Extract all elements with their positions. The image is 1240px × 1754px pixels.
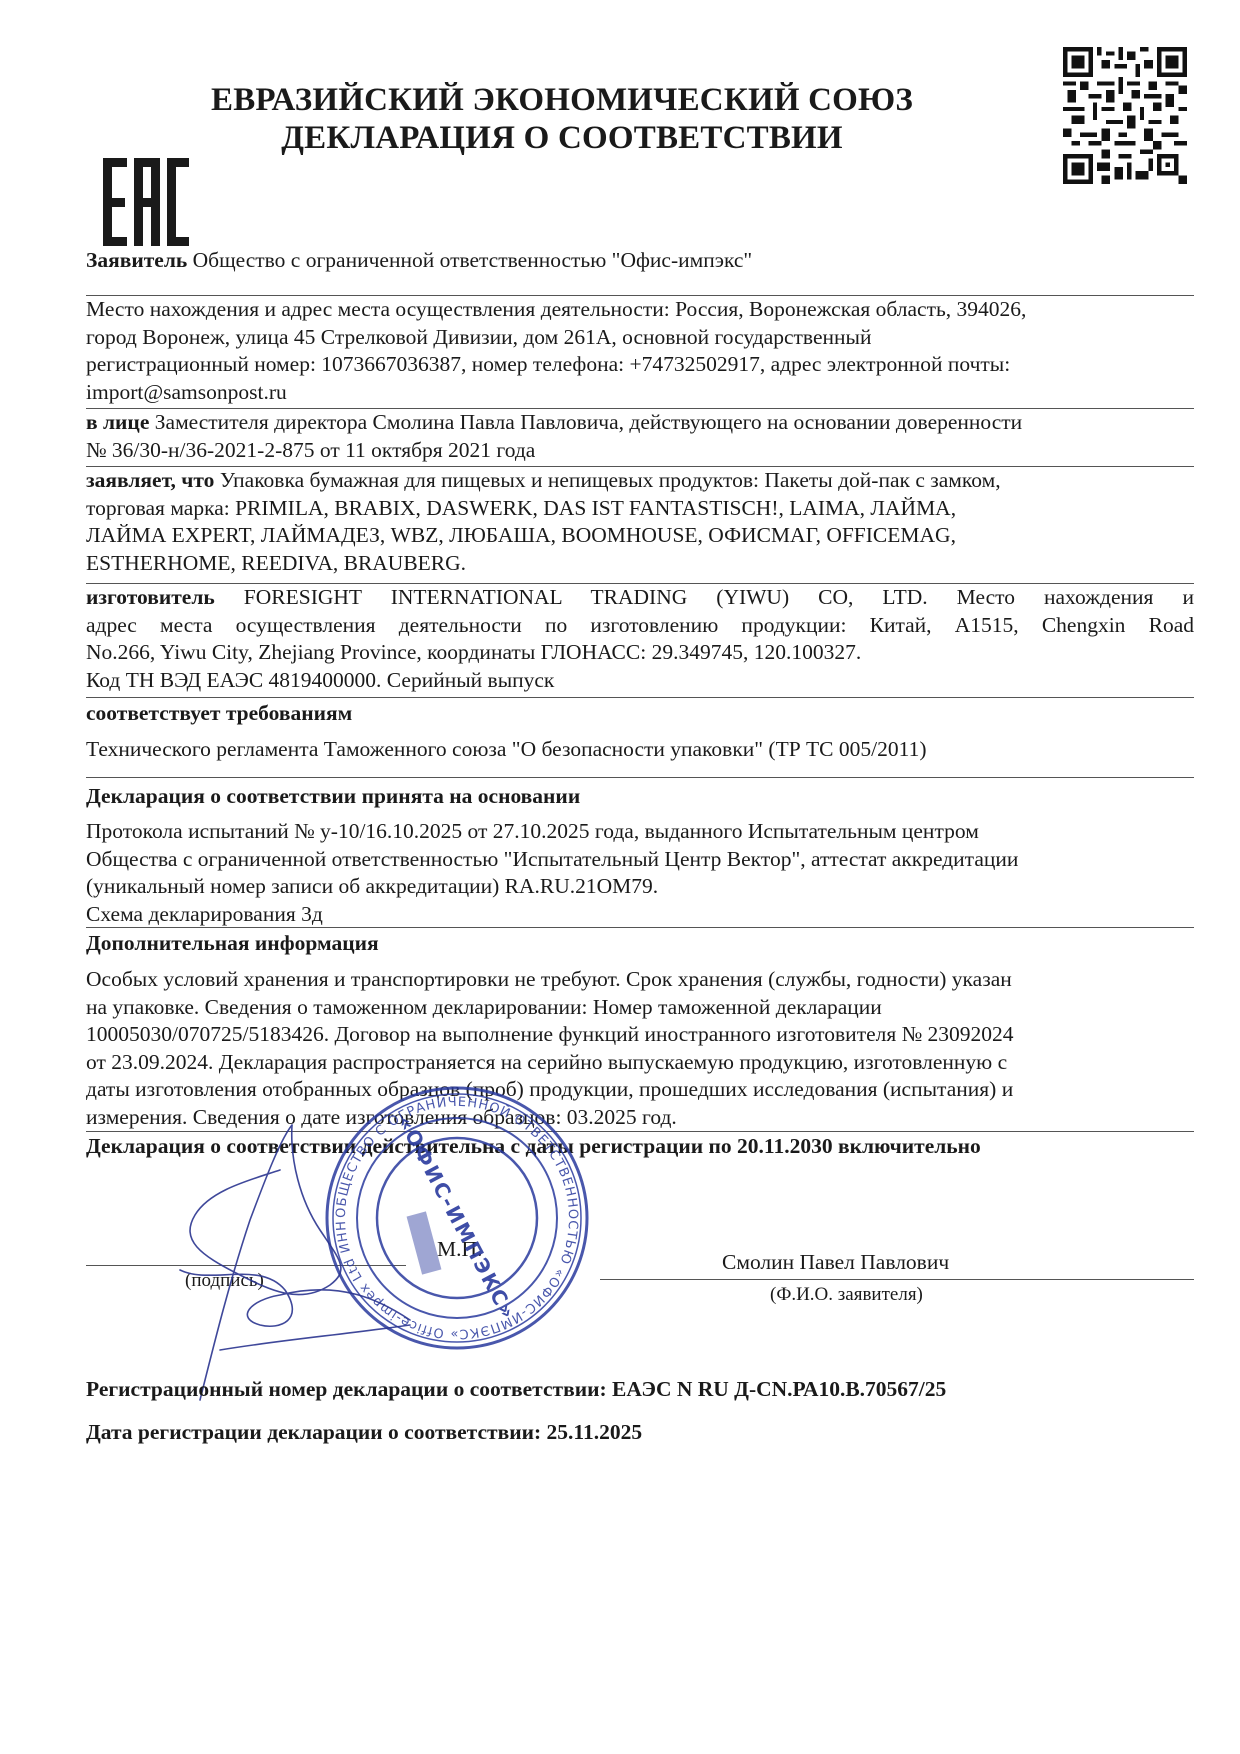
registration-number: Регистрационный номер декларации о соотв… — [86, 1376, 1194, 1404]
manufacturer-field: изготовитель FORESIGHT INTERNATIONAL TRA… — [86, 584, 1194, 694]
basis-text: Протокола испытаний № у-10/16.10.2025 от… — [86, 818, 1194, 928]
additional-text: Особых условий хранения и транспортировк… — [86, 966, 1194, 1131]
divider — [86, 697, 1194, 698]
signatory-name: Смолин Павел Павлович — [722, 1249, 1022, 1277]
eac-logo-icon — [103, 158, 189, 246]
hs-code: Код ТН ВЭД ЕАЭС 4819400000. Серийный вып… — [86, 667, 1194, 695]
name-line — [600, 1279, 1194, 1280]
applicant-email: import@samsonpost.ru — [86, 379, 1194, 407]
manufacturer-label: изготовитель — [86, 585, 215, 609]
declares-field: заявляет, что Упаковка бумажная для пище… — [86, 467, 1194, 577]
qr-code-icon[interactable] — [1063, 47, 1187, 184]
accreditation-number: (уникальный номер записи об аккредитации… — [86, 873, 1194, 901]
applicant-field: Заявитель Общество с ограниченной ответс… — [86, 247, 1194, 275]
registration-date: Дата регистрации декларации о соответств… — [86, 1419, 1194, 1447]
additional-heading: Дополнительная информация — [86, 930, 1194, 958]
declaration-page: ЕВРАЗИЙСКИЙ ЭКОНОМИЧЕСКИЙ СОЮЗ ДЕКЛАРАЦИ… — [0, 0, 1240, 1754]
basis-heading: Декларация о соответствии принята на осн… — [86, 783, 1194, 811]
divider — [86, 777, 1194, 778]
technical-regulation: Технического регламента Таможенного союз… — [86, 736, 1194, 764]
represented-by-label: в лице — [86, 410, 149, 434]
union-title: ЕВРАЗИЙСКИЙ ЭКОНОМИЧЕСКИЙ СОЮЗ — [0, 80, 1124, 120]
registration-date-value: 25.11.2025 — [547, 1420, 643, 1444]
divider — [86, 927, 1194, 928]
document-title: ДЕКЛАРАЦИЯ О СООТВЕТСТВИИ — [0, 118, 1124, 158]
complies-heading: соответствует требованиям — [86, 700, 1194, 728]
handwritten-signature-icon — [140, 1120, 440, 1410]
signatory-name-caption: (Ф.И.О. заявителя) — [770, 1281, 990, 1309]
represented-by-field: в лице Заместителя директора Смолина Пав… — [86, 409, 1194, 464]
declares-label: заявляет, что — [86, 468, 214, 492]
applicant-label: Заявитель — [86, 248, 187, 272]
applicant-value: Общество с ограниченной ответственностью… — [187, 248, 752, 272]
declaration-scheme: Схема декларирования 3д — [86, 901, 1194, 929]
registration-number-value: ЕАЭС N RU Д-CN.РА10.В.70567/25 — [612, 1377, 946, 1401]
applicant-address: Место нахождения и адрес места осуществл… — [86, 296, 1194, 406]
